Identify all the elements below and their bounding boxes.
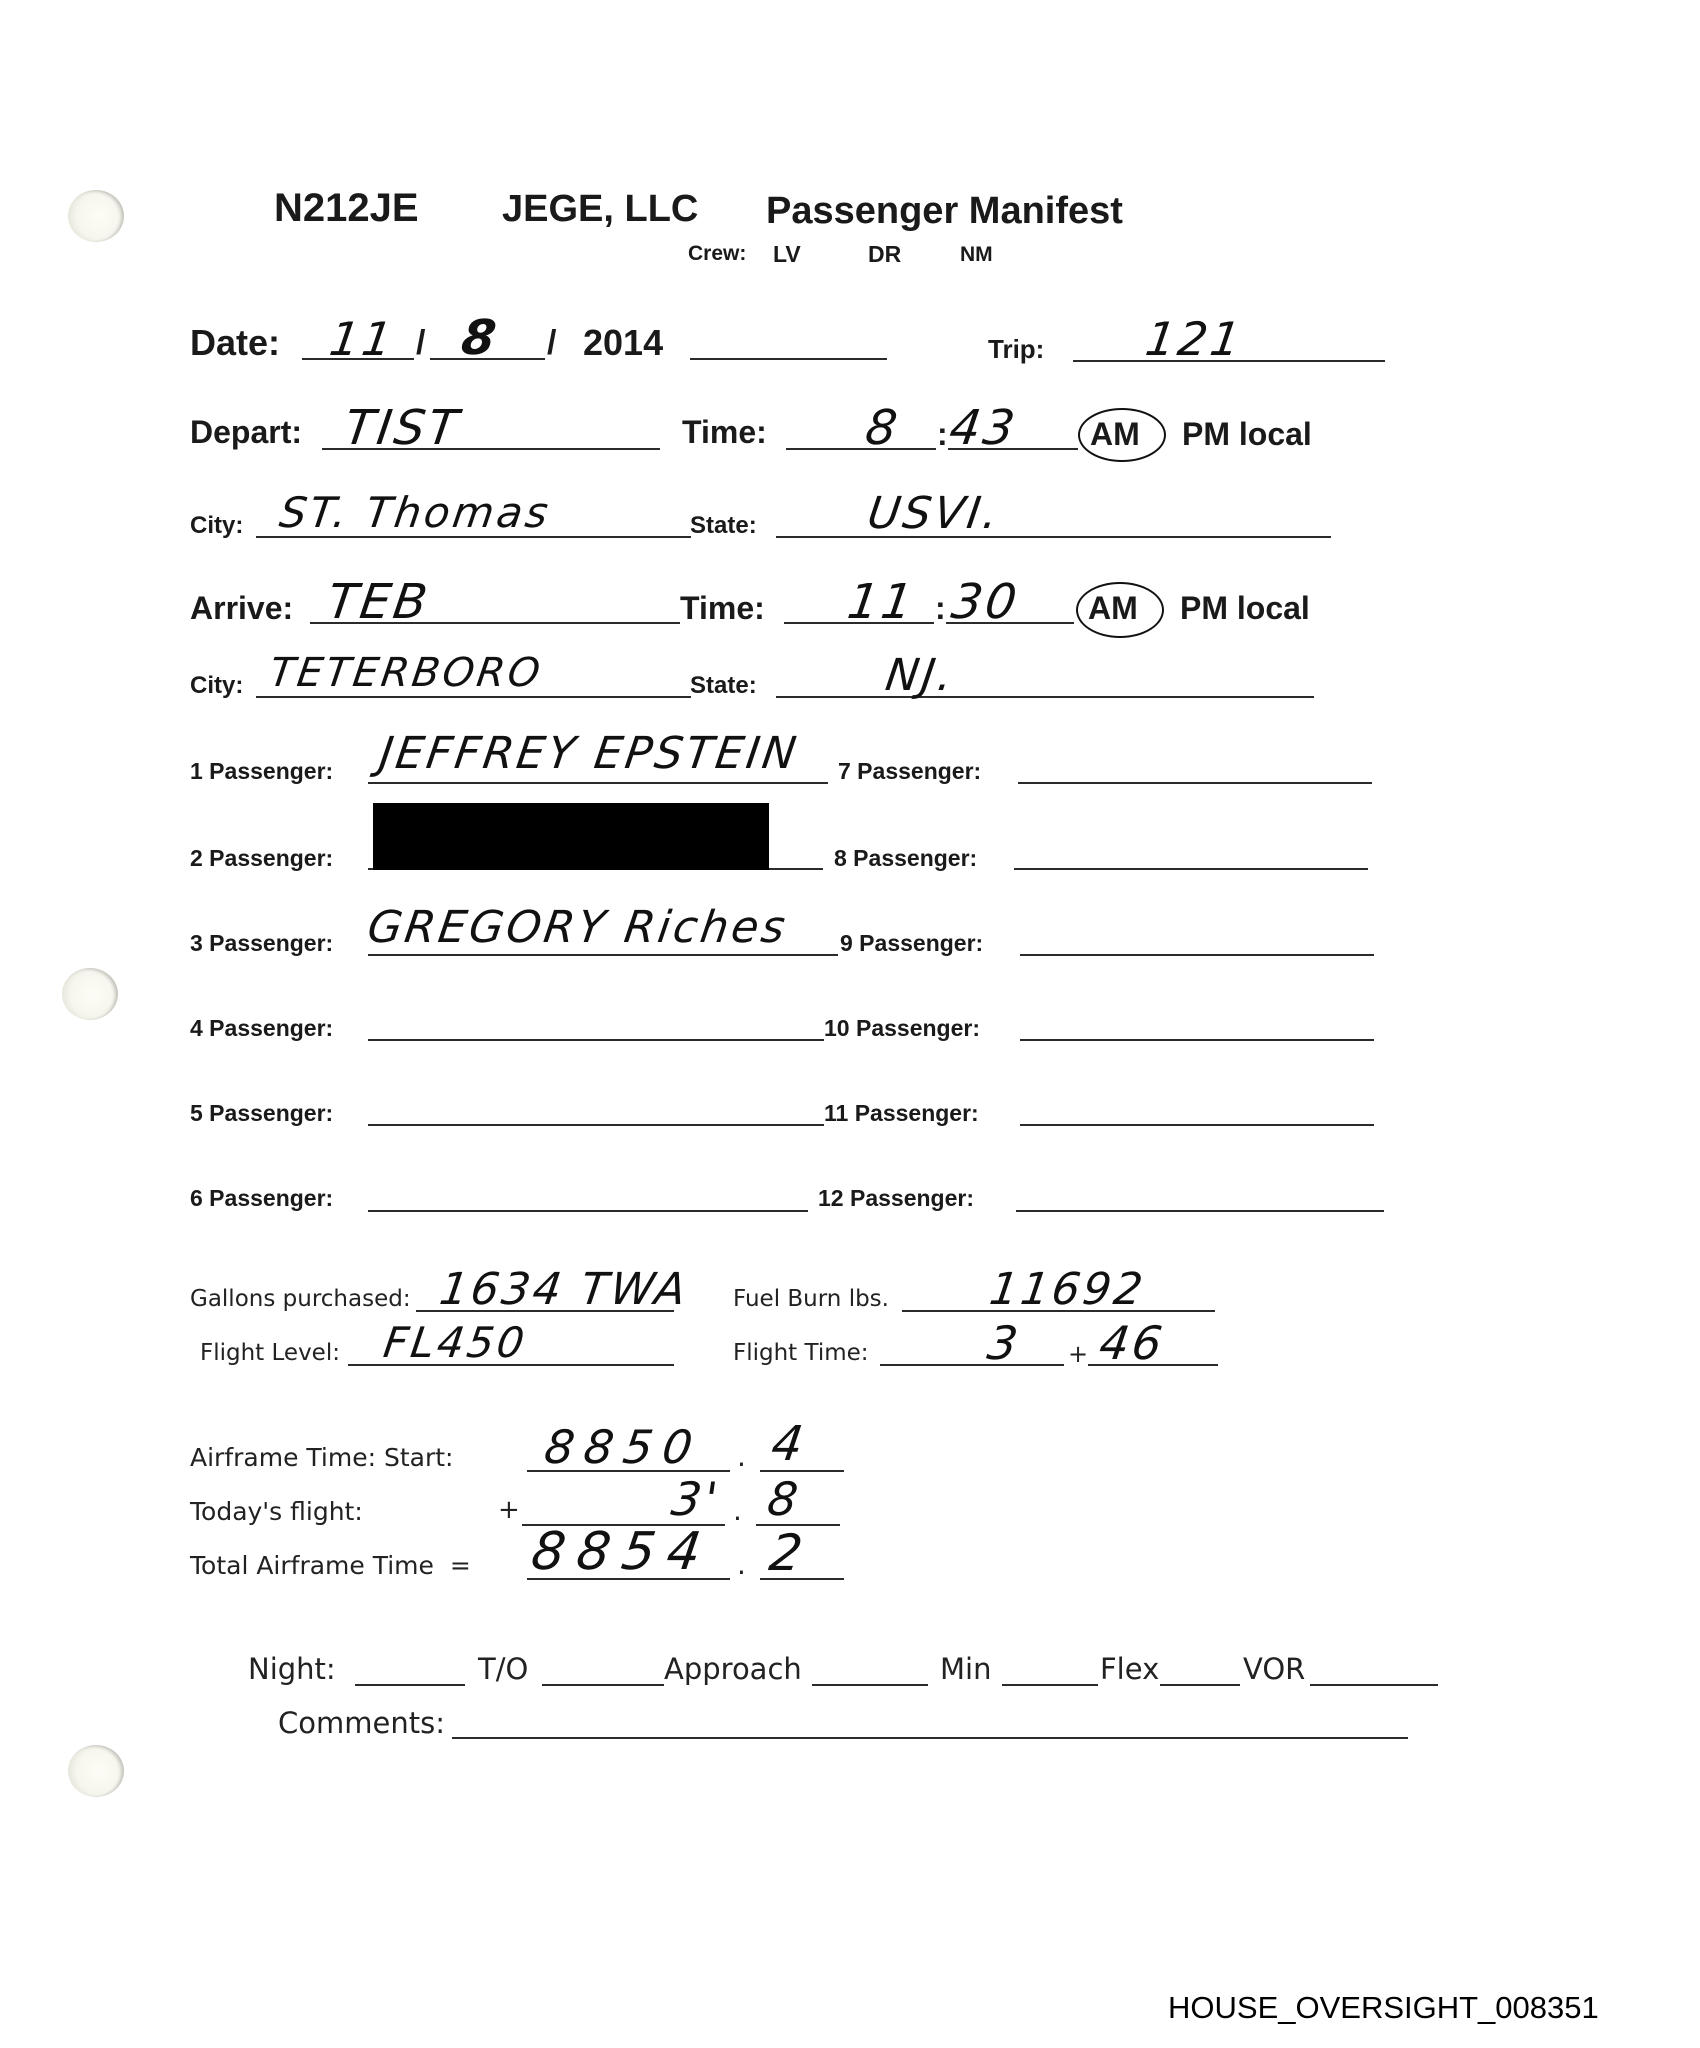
depart-time-colon: : bbox=[937, 416, 948, 453]
passenger-label: 4 Passenger: bbox=[190, 1015, 333, 1042]
arrive-field[interactable]: TEB bbox=[324, 574, 433, 630]
comments-line[interactable] bbox=[452, 1737, 1408, 1739]
passenger-label: 5 Passenger: bbox=[190, 1100, 333, 1127]
arrive-city-label: City: bbox=[190, 672, 243, 700]
depart-state-field[interactable]: USVI. bbox=[864, 488, 1003, 539]
crew-member-1: LV bbox=[773, 241, 801, 268]
trip-label: Trip: bbox=[988, 334, 1044, 365]
todays-flight-whole-field[interactable]: 3' bbox=[668, 1472, 724, 1526]
depart-minute-field[interactable]: 43 bbox=[946, 400, 1021, 456]
arrive-state-line bbox=[776, 696, 1314, 698]
total-airframe-whole-field[interactable]: 8854 bbox=[528, 1522, 717, 1582]
airframe-start-tenth-field[interactable]: 4 bbox=[768, 1416, 809, 1472]
passenger-line bbox=[1016, 1210, 1384, 1212]
depart-pm-option[interactable]: PM local bbox=[1182, 416, 1312, 453]
fuel-burn-field[interactable]: 11692 bbox=[986, 1264, 1148, 1315]
fuel-burn-label: Fuel Burn lbs. bbox=[733, 1286, 889, 1312]
passenger-label: 11 Passenger: bbox=[824, 1100, 979, 1127]
approach-line bbox=[812, 1684, 928, 1686]
passenger-label: 7 Passenger: bbox=[838, 758, 981, 785]
flight-time-label: Flight Time: bbox=[733, 1340, 869, 1366]
total-airframe-dot: . bbox=[737, 1548, 746, 1581]
depart-am-option[interactable]: AM bbox=[1090, 416, 1140, 453]
depart-state-label: State: bbox=[690, 512, 757, 540]
arrive-state-label: State: bbox=[690, 672, 757, 700]
flex-line bbox=[1160, 1684, 1240, 1686]
depart-state-line bbox=[776, 536, 1331, 538]
date-year-line bbox=[690, 358, 887, 360]
night-label: Night: bbox=[248, 1652, 336, 1686]
passenger-line bbox=[1020, 1124, 1374, 1126]
gallons-label: Gallons purchased: bbox=[190, 1286, 411, 1312]
passenger-line bbox=[368, 1039, 824, 1041]
passenger-label: 1 Passenger: bbox=[190, 758, 333, 785]
todays-flight-tenth-field[interactable]: 8 bbox=[764, 1472, 804, 1526]
depart-field[interactable]: TIST bbox=[341, 400, 464, 456]
arrive-state-field[interactable]: NJ. bbox=[882, 650, 958, 701]
passenger-line bbox=[1018, 782, 1372, 784]
airframe-start-label: Airframe Time: Start: bbox=[190, 1443, 453, 1472]
comments-label: Comments: bbox=[278, 1706, 445, 1740]
flight-level-field[interactable]: FL450 bbox=[381, 1318, 531, 1367]
depart-label: Depart: bbox=[190, 414, 302, 451]
approach-label: Approach bbox=[664, 1652, 802, 1686]
arrive-hour-field[interactable]: 11 bbox=[844, 574, 919, 630]
passenger-field[interactable]: JEFFREY EPSTEIN bbox=[376, 728, 802, 779]
arrive-pm-option[interactable]: PM local bbox=[1180, 590, 1310, 627]
passenger-label: 12 Passenger: bbox=[818, 1185, 974, 1212]
passenger-label: 3 Passenger: bbox=[190, 930, 333, 957]
passenger-line bbox=[368, 954, 838, 956]
passenger-label: 10 Passenger: bbox=[824, 1015, 980, 1042]
depart-hour-line bbox=[786, 448, 936, 450]
tail-number: N212JE bbox=[274, 186, 419, 231]
arrive-am-option[interactable]: AM bbox=[1088, 590, 1138, 627]
date-month-field[interactable]: 11 bbox=[326, 312, 398, 366]
total-airframe-tenth-field[interactable]: 2 bbox=[766, 1524, 809, 1582]
todays-flight-plus: + bbox=[498, 1495, 520, 1525]
crew-member-2: DR bbox=[868, 241, 901, 268]
passenger-line bbox=[1020, 1039, 1374, 1041]
hole-punch-top bbox=[68, 190, 124, 242]
arrive-city-line bbox=[256, 696, 691, 698]
to-label: T/O bbox=[478, 1652, 528, 1686]
passenger-line bbox=[368, 1124, 824, 1126]
depart-city-field[interactable]: ST. Thomas bbox=[277, 488, 554, 537]
arrive-time-colon: : bbox=[935, 590, 946, 627]
todays-flight-label: Today's flight: bbox=[190, 1497, 363, 1526]
crew-label: Crew: bbox=[688, 242, 746, 266]
hole-punch-middle bbox=[62, 968, 118, 1020]
passenger-field[interactable]: GREGORY Riches bbox=[364, 902, 791, 953]
vor-line bbox=[1310, 1684, 1438, 1686]
min-label: Min bbox=[940, 1652, 991, 1686]
passenger-label: 9 Passenger: bbox=[840, 930, 983, 957]
to-line bbox=[542, 1684, 664, 1686]
date-label: Date: bbox=[190, 322, 280, 364]
passenger-line bbox=[368, 782, 828, 784]
flight-level-label: Flight Level: bbox=[200, 1340, 340, 1366]
todays-flight-dot: . bbox=[733, 1494, 742, 1527]
passenger-label: 2 Passenger: bbox=[190, 845, 333, 872]
page-title: Passenger Manifest bbox=[766, 190, 1123, 233]
passenger-label: 8 Passenger: bbox=[834, 845, 977, 872]
crew-member-3: NM bbox=[960, 243, 993, 267]
arrive-time-label: Time: bbox=[680, 590, 765, 627]
flight-time-hours-field[interactable]: 3 bbox=[984, 1316, 1024, 1370]
passenger-line bbox=[368, 1210, 808, 1212]
min-line bbox=[1002, 1684, 1098, 1686]
date-sep-2: / bbox=[547, 324, 556, 363]
depart-time-label: Time: bbox=[682, 414, 767, 451]
airframe-start-dot: . bbox=[737, 1440, 746, 1473]
bates-number: HOUSE_OVERSIGHT_008351 bbox=[1168, 1990, 1599, 2026]
date-year: 2014 bbox=[583, 322, 663, 364]
arrive-minute-field[interactable]: 30 bbox=[948, 574, 1023, 630]
airframe-start-whole-field[interactable]: 8850 bbox=[541, 1420, 706, 1474]
night-line bbox=[355, 1684, 465, 1686]
passenger-line bbox=[1014, 868, 1368, 870]
arrive-city-field[interactable]: TETERBORO bbox=[267, 650, 546, 696]
passenger-line bbox=[1020, 954, 1374, 956]
depart-city-label: City: bbox=[190, 512, 243, 540]
flight-time-minutes-field[interactable]: 46 bbox=[1096, 1316, 1168, 1370]
date-sep-1: / bbox=[416, 324, 425, 363]
redaction-box bbox=[373, 803, 769, 870]
passenger-label: 6 Passenger: bbox=[190, 1185, 333, 1212]
flex-label: Flex bbox=[1100, 1652, 1159, 1686]
trip-field[interactable]: 121 bbox=[1142, 312, 1246, 366]
gallons-field[interactable]: 1634 TWA bbox=[436, 1264, 691, 1315]
flight-time-plus: + bbox=[1068, 1340, 1088, 1368]
total-airframe-label: Total Airframe Time = bbox=[190, 1551, 471, 1580]
flight-time-hours-line bbox=[880, 1364, 1064, 1366]
arrive-label: Arrive: bbox=[190, 590, 293, 627]
hole-punch-bottom bbox=[68, 1745, 124, 1797]
vor-label: VOR bbox=[1243, 1652, 1305, 1686]
company-name: JEGE, LLC bbox=[502, 188, 698, 231]
